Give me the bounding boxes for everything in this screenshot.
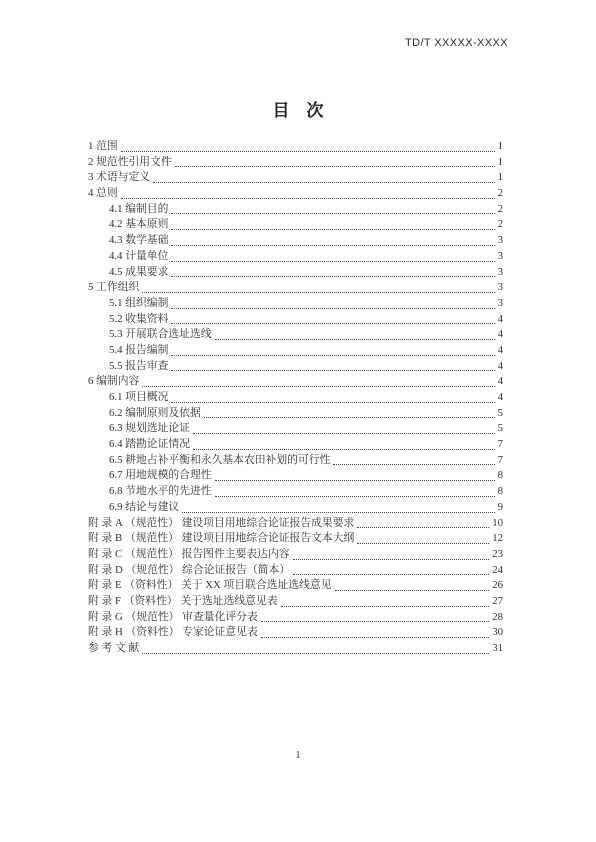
toc-leader-dots	[354, 516, 492, 532]
toc-entry: 5.1 组织编制3	[88, 296, 503, 312]
toc-entry: 4.5 成果要求3	[88, 265, 503, 281]
toc-leader-dots	[354, 531, 492, 547]
toc-entry-label: 3 术语与定义	[88, 170, 150, 186]
toc-entry-label: 5.3 开展联合选址选线	[109, 327, 212, 343]
toc-entry-label: 4.4 计量单位	[109, 249, 168, 265]
toc-entry: 3 术语与定义1	[88, 170, 503, 186]
toc-entry-label: 5.5 报告审查	[109, 359, 168, 375]
toc-entry: 5.4 报告编制4	[88, 343, 503, 359]
page-number: 1	[0, 750, 596, 761]
toc-entry-label: 4.1 编制目的	[109, 202, 168, 218]
toc-entry-label: 6.7 用地规模的合理性	[109, 468, 212, 484]
toc-entry-label: 附 录 D （规范性） 综合论证报告（简本）	[88, 563, 290, 579]
toc-entry: 附 录 H （资料性） 专家论证意见表30	[88, 625, 503, 641]
toc-entry-label: 6.2 编制原则及依据	[109, 406, 201, 422]
toc-entry-page: 4	[498, 312, 503, 328]
toc-entry-label: 1 范围	[88, 139, 118, 155]
toc-entry-page: 24	[492, 563, 503, 579]
toc-entry-page: 5	[498, 421, 503, 437]
toc-entry-page: 9	[498, 500, 503, 516]
toc-leader-dots	[118, 139, 498, 155]
toc-entry-label: 附 录 E （资料性） 关于 XX 项目联合选址选线意见	[88, 578, 332, 594]
toc-entry-label: 6.9 结论与建议	[109, 500, 179, 516]
toc-entry: 6.5 耕地占补平衡和永久基本农田补划的可行性7	[88, 453, 503, 469]
toc-entry-label: 参 考 文 献	[88, 641, 139, 657]
standard-code-header: TD/T XXXXX-XXXX	[405, 37, 508, 49]
toc-entry: 5.2 收集资料4	[88, 312, 503, 328]
toc-leader-dots	[139, 280, 497, 296]
toc-entry: 4.2 基本原则2	[88, 217, 503, 233]
toc-entry-label: 5.1 组织编制	[109, 296, 168, 312]
toc-list: 1 范围12 规范性引用文件13 术语与定义14 总则24.1 编制目的24.2…	[88, 139, 503, 657]
toc-entry-label: 4 总则	[88, 186, 118, 202]
toc-entry-page: 30	[492, 625, 503, 641]
toc-entry-page: 23	[492, 547, 503, 563]
toc-entry-label: 5.2 收集资料	[109, 312, 168, 328]
toc-entry: 附 录 B （规范性） 建设项目用地综合论证报告文本大纲12	[88, 531, 503, 547]
toc-entry: 附 录 A （规范性） 建设项目用地综合论证报告成果要求10	[88, 516, 503, 532]
toc-entry-page: 2	[498, 186, 503, 202]
toc-entry: 附 录 F （资料性） 关于选址选线意见表27	[88, 594, 503, 610]
toc-entry: 附 录 D （规范性） 综合论证报告（简本）24	[88, 563, 503, 579]
toc-leader-dots	[168, 217, 497, 233]
toc-entry: 5 工作组织3	[88, 280, 503, 296]
toc-entry-page: 3	[498, 280, 503, 296]
toc-leader-dots	[278, 594, 493, 610]
toc-entry-page: 2	[498, 202, 503, 218]
toc-entry-page: 3	[498, 233, 503, 249]
toc-entry: 6.7 用地规模的合理性8	[88, 468, 503, 484]
toc-leader-dots	[168, 233, 497, 249]
toc-title: 目 次	[0, 96, 596, 121]
toc-leader-dots	[290, 547, 493, 563]
toc-leader-dots	[190, 421, 498, 437]
toc-leader-dots	[201, 406, 498, 422]
toc-entry-label: 附 录 G （规范性） 审查量化评分表	[88, 610, 258, 626]
toc-entry: 6.3 规划选址论证5	[88, 421, 503, 437]
toc-leader-dots	[150, 170, 498, 186]
toc-leader-dots	[258, 625, 492, 641]
toc-leader-dots	[212, 484, 498, 500]
toc-entry-label: 附 录 H （资料性） 专家论证意见表	[88, 625, 258, 641]
toc-entry-label: 附 录 C （规范性） 报告图件主要表达内容	[88, 547, 290, 563]
toc-leader-dots	[168, 359, 497, 375]
toc-entry-page: 1	[498, 139, 503, 155]
toc-leader-dots	[172, 155, 498, 171]
toc-entry-page: 7	[498, 453, 503, 469]
toc-entry-label: 2 规范性引用文件	[88, 155, 172, 171]
toc-leader-dots	[168, 312, 497, 328]
toc-entry: 4.1 编制目的2	[88, 202, 503, 218]
toc-entry-page: 4	[498, 359, 503, 375]
toc-entry: 6.1 项目概况4	[88, 390, 503, 406]
toc-entry-label: 5 工作组织	[88, 280, 139, 296]
toc-entry-page: 2	[498, 217, 503, 233]
toc-entry-page: 31	[492, 641, 503, 657]
toc-entry-page: 8	[498, 484, 503, 500]
toc-entry-page: 1	[498, 170, 503, 186]
toc-entry-label: 6.1 项目概况	[109, 390, 168, 406]
toc-entry-page: 7	[498, 437, 503, 453]
toc-leader-dots	[168, 390, 497, 406]
toc-entry-page: 4	[498, 374, 503, 390]
toc-entry: 附 录 G （规范性） 审查量化评分表28	[88, 610, 503, 626]
toc-entry-label: 6 编制内容	[88, 374, 139, 390]
toc-entry-page: 4	[498, 343, 503, 359]
toc-leader-dots	[258, 610, 492, 626]
toc-entry: 4 总则2	[88, 186, 503, 202]
document-page: TD/T XXXXX-XXXX 目 次 1 范围12 规范性引用文件13 术语与…	[0, 0, 596, 842]
toc-leader-dots	[139, 374, 497, 390]
toc-entry-label: 附 录 B （规范性） 建设项目用地综合论证报告文本大纲	[88, 531, 354, 547]
toc-entry-label: 6.3 规划选址论证	[109, 421, 190, 437]
toc-entry: 6.8 节地水平的先进性8	[88, 484, 503, 500]
toc-entry: 5.5 报告审查4	[88, 359, 503, 375]
toc-entry-label: 4.3 数学基础	[109, 233, 168, 249]
toc-entry-label: 6.8 节地水平的先进性	[109, 484, 212, 500]
toc-leader-dots	[118, 186, 498, 202]
toc-entry: 4.3 数学基础3	[88, 233, 503, 249]
toc-entry-label: 6.5 耕地占补平衡和永久基本农田补划的可行性	[109, 453, 330, 469]
toc-leader-dots	[168, 249, 497, 265]
toc-entry: 6.9 结论与建议9	[88, 500, 503, 516]
toc-leader-dots	[168, 265, 497, 281]
toc-entry-page: 26	[492, 578, 503, 594]
toc-leader-dots	[332, 578, 493, 594]
toc-entry: 6.4 踏勘论证情况7	[88, 437, 503, 453]
toc-entry-label: 附 录 F （资料性） 关于选址选线意见表	[88, 594, 278, 610]
toc-entry-label: 6.4 踏勘论证情况	[109, 437, 190, 453]
toc-entry-page: 4	[498, 390, 503, 406]
toc-leader-dots	[330, 453, 497, 469]
toc-entry: 1 范围1	[88, 139, 503, 155]
toc-leader-dots	[168, 296, 497, 312]
toc-leader-dots	[179, 500, 497, 516]
toc-entry-label: 4.2 基本原则	[109, 217, 168, 233]
toc-entry-label: 4.5 成果要求	[109, 265, 168, 281]
toc-entry: 6.2 编制原则及依据5	[88, 406, 503, 422]
toc-entry: 5.3 开展联合选址选线4	[88, 327, 503, 343]
toc-entry-page: 27	[492, 594, 503, 610]
toc-entry-page: 28	[492, 610, 503, 626]
toc-entry-page: 3	[498, 249, 503, 265]
toc-leader-dots	[290, 563, 492, 579]
toc-entry: 4.4 计量单位3	[88, 249, 503, 265]
toc-entry-label: 5.4 报告编制	[109, 343, 168, 359]
toc-leader-dots	[168, 202, 497, 218]
toc-leader-dots	[139, 641, 492, 657]
toc-entry-page: 3	[498, 265, 503, 281]
toc-entry-page: 1	[498, 155, 503, 171]
toc-leader-dots	[190, 437, 498, 453]
toc-entry: 6 编制内容4	[88, 374, 503, 390]
toc-entry: 附 录 E （资料性） 关于 XX 项目联合选址选线意见26	[88, 578, 503, 594]
toc-entry-page: 5	[498, 406, 503, 422]
toc-entry-page: 10	[492, 516, 503, 532]
toc-entry-page: 4	[498, 327, 503, 343]
toc-entry: 附 录 C （规范性） 报告图件主要表达内容23	[88, 547, 503, 563]
toc-entry-page: 8	[498, 468, 503, 484]
toc-leader-dots	[212, 468, 498, 484]
toc-entry-label: 附 录 A （规范性） 建设项目用地综合论证报告成果要求	[88, 516, 354, 532]
toc-entry-page: 3	[498, 296, 503, 312]
toc-entry-page: 12	[492, 531, 503, 547]
toc-entry: 参 考 文 献31	[88, 641, 503, 657]
toc-leader-dots	[168, 343, 497, 359]
toc-entry: 2 规范性引用文件1	[88, 155, 503, 171]
toc-leader-dots	[212, 327, 498, 343]
